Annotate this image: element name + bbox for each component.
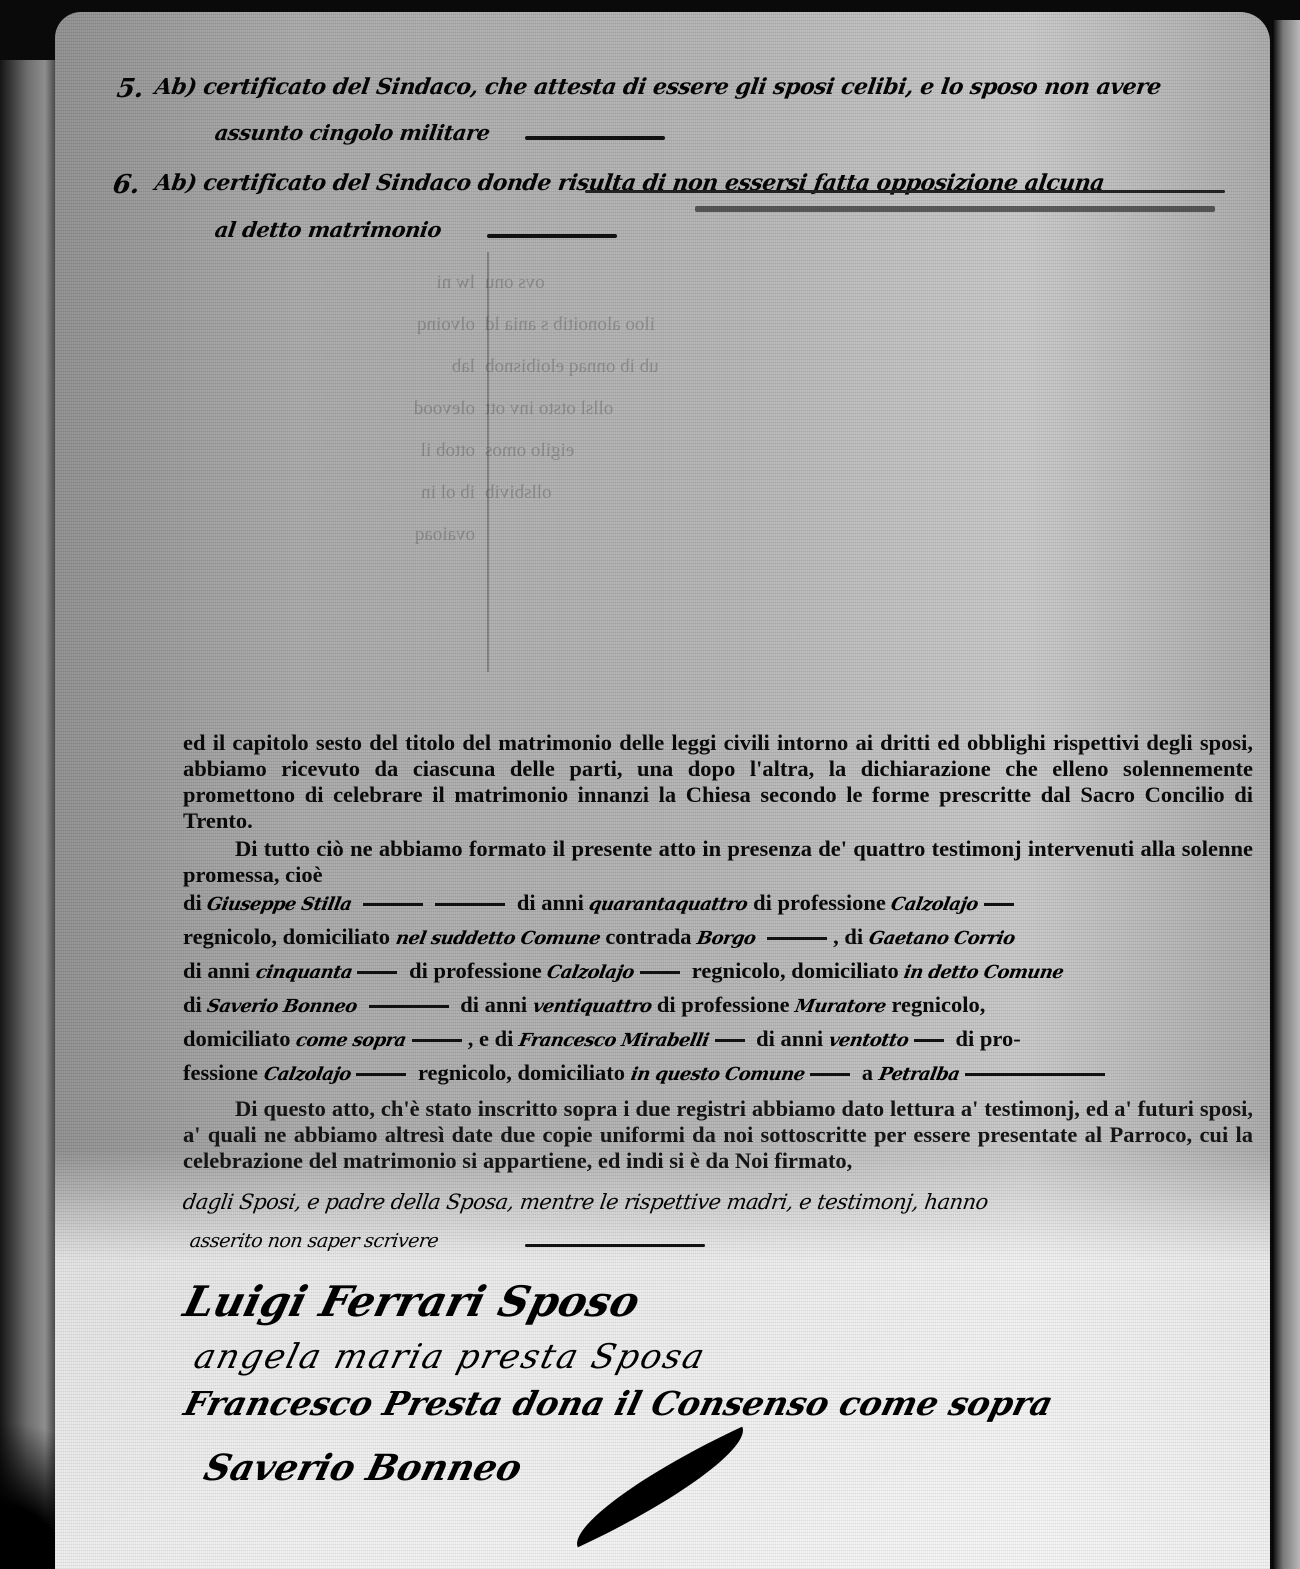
paragraph-witnesses-intro: Di tutto ciò ne abbiamo formato il prese…	[183, 836, 1253, 888]
witness-2-age: cinquanta	[253, 960, 353, 986]
register-page: lw ni olvoinq lab olevood ottob il ib ol…	[55, 12, 1270, 1569]
bleed-through-left: lw ni olvoinq lab olevood ottob il ib ol…	[115, 262, 475, 556]
paragraph-reading-and-copies: Di questo atto, ch'è stato inscritto sop…	[183, 1096, 1253, 1174]
witness-4-profession: Calzolajo	[261, 1062, 352, 1088]
signature-groom: Luigi Ferrari Sposo	[179, 1277, 645, 1326]
adjacent-page-edge	[1272, 20, 1300, 1569]
signature-official: Saverio Bonneo	[200, 1447, 527, 1489]
closing-dash	[525, 1244, 705, 1247]
item-6-line-2: al detto matrimonio	[213, 217, 443, 242]
item-5-dash	[525, 136, 665, 140]
witness-2-profession: Calzolajo	[545, 960, 636, 986]
signature-flourish	[561, 1427, 759, 1548]
witness-1-name: Giuseppe Stilla	[205, 892, 354, 918]
item-5-number: 5.	[115, 74, 145, 104]
paragraph-civil-law-declaration: ed il capitolo sesto del titolo del matr…	[183, 730, 1253, 834]
witness-line-6: fessione Calzolajo regnicolo, domiciliat…	[183, 1060, 1253, 1088]
signature-bride: angela maria presta Sposa	[190, 1337, 710, 1377]
witness-1-age: quarantaquattro	[587, 892, 750, 918]
item-5-line-1: Ab) certificato del Sindaco, che attesta…	[153, 74, 1163, 100]
closing-line-2: asserito non saper scrivere	[188, 1230, 439, 1252]
witness-4-name: Francesco Mirabelli	[517, 1028, 711, 1054]
witness-3-residence: come sopra	[294, 1028, 408, 1054]
witness-2-name: Gaetano Corrio	[866, 926, 1016, 952]
item-6-smudge	[695, 206, 1215, 212]
witness-line-2: regnicolo, domiciliato nel suddetto Comu…	[183, 924, 1253, 952]
witness-line-3: di anni cinquanta di professione Calzola…	[183, 958, 1253, 986]
item-6-number: 6.	[111, 170, 141, 200]
item-5-line-2: assunto cingolo militare	[213, 120, 491, 145]
witness-1-contrada: Borgo	[695, 926, 758, 952]
witness-line-4: di Saverio Bonneo di anni ventiquattro d…	[183, 992, 1253, 1020]
witness-1-residence: nel suddetto Comune	[393, 926, 602, 952]
witness-2-residence: in detto Comune	[902, 960, 1066, 986]
witness-3-profession: Muratore	[793, 994, 888, 1020]
witness-4-locality: Petralba	[876, 1062, 961, 1088]
witness-3-age: ventiquattro	[531, 994, 654, 1020]
bleed-through-right: ovs onu iloo alonoitib s ania ld ub ib o…	[485, 262, 1245, 514]
witness-4-residence: in questo Comune	[628, 1062, 806, 1088]
book-binding-shadow	[0, 60, 60, 1569]
item-6-dash	[487, 234, 617, 238]
item-6-underline	[585, 190, 1225, 193]
witness-4-age: ventotto	[826, 1028, 910, 1054]
printed-body: ed il capitolo sesto del titolo del matr…	[183, 730, 1253, 1174]
witness-line-5: domiciliato come sopra, e di Francesco M…	[183, 1026, 1253, 1054]
closing-line-1: dagli Sposi, e padre della Sposa, mentre…	[181, 1190, 989, 1214]
witness-line-1: di Giuseppe Stilla di anni quarantaquatt…	[183, 890, 1253, 918]
witness-1-profession: Calzolajo	[889, 892, 980, 918]
signature-father-of-bride: Francesco Presta dona il Consenso come s…	[180, 1384, 1057, 1423]
witness-3-name: Saverio Bonneo	[205, 994, 359, 1020]
